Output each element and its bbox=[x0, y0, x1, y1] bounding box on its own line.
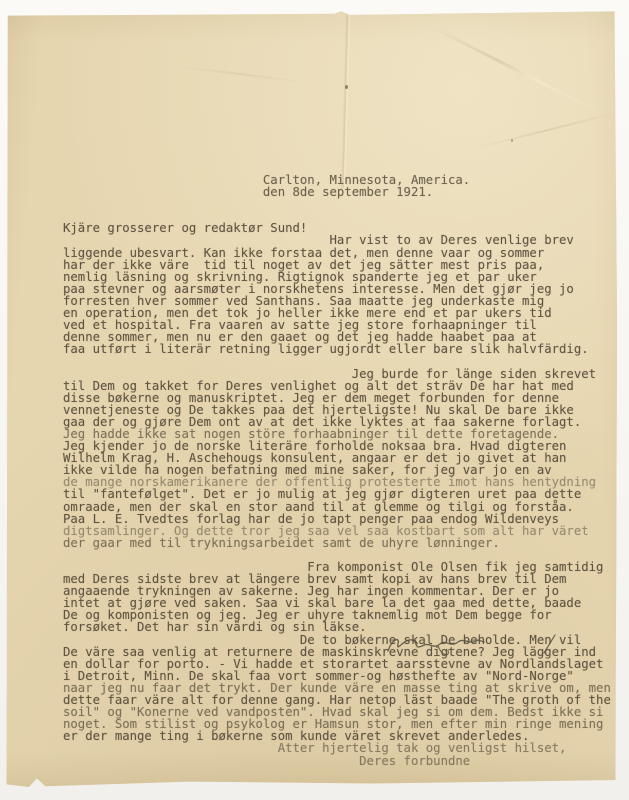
letter-line: den 8de september 1921. bbox=[63, 186, 615, 198]
letter-line: De väre saa venlig at returnere de maski… bbox=[63, 646, 615, 658]
letter-line: faa utført i literär retning ligger ugjo… bbox=[63, 343, 615, 355]
letter-line: til "fantefølget". Det er jo mulig at je… bbox=[63, 488, 615, 500]
letter-line: forsøket. Det har sin värdi og sin läkse… bbox=[63, 621, 615, 633]
letter-line: til Dem og takket for Deres venlighet og… bbox=[63, 380, 615, 392]
paper-crease bbox=[430, 25, 605, 116]
paper-crease bbox=[175, 65, 304, 83]
scan-background: Carlton, Minnesota, America. den 8de sep… bbox=[0, 0, 629, 800]
letter-line: der gaar med til trykningsarbeidet samt … bbox=[63, 537, 615, 549]
letter-paper: Carlton, Minnesota, America. den 8de sep… bbox=[5, 11, 617, 789]
letter-line: De to bøkerne skal De beholde. Men vil bbox=[63, 634, 615, 646]
letter-line: Jeg burde for länge siden skrevet bbox=[63, 368, 615, 380]
letter-line bbox=[63, 355, 615, 367]
paper-crease bbox=[475, 111, 621, 149]
letter-line: har der ikke väre tid til noget av det j… bbox=[63, 259, 615, 271]
letter-body: Carlton, Minnesota, America. den 8de sep… bbox=[63, 174, 615, 767]
letter-line bbox=[63, 198, 615, 210]
letter-line: Deres forbundne bbox=[63, 755, 615, 767]
letter-line: Atter hjertelig tak og venligst hilset, bbox=[63, 742, 615, 754]
paper-crease bbox=[341, 13, 352, 188]
letter-line: disse bøkerne og manuskriptet. Jeg er de… bbox=[63, 392, 615, 404]
letter-line: Har vist to av Deres venlige brev bbox=[63, 234, 615, 246]
paper-speck bbox=[345, 85, 348, 89]
letter-line: Paa L. E. Tvedtes forlag har de jo tapt … bbox=[63, 513, 615, 525]
paper-speck bbox=[511, 139, 513, 142]
letter-line: digtsamlinger. Og dette tror jeg saa vel… bbox=[63, 525, 615, 537]
letter-line: omraade, men der skal en stor aand til a… bbox=[63, 501, 615, 513]
letter-line: liggende ubesvart. Kan ikke forstaa det,… bbox=[63, 247, 615, 259]
